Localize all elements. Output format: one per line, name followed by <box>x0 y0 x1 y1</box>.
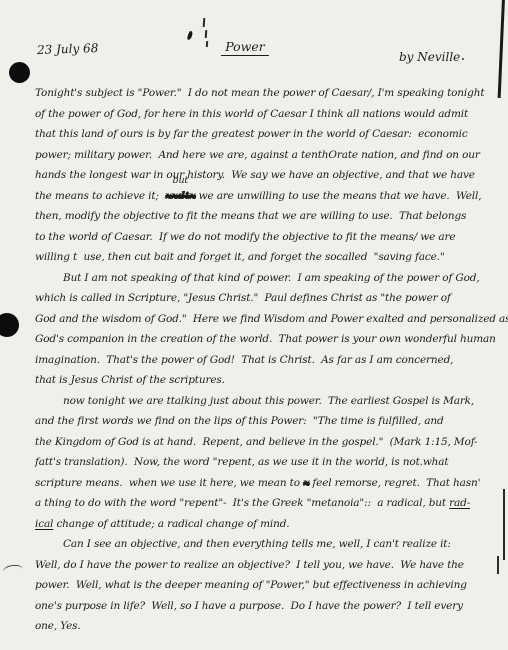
text-segment: the means to achieve it; <box>35 190 165 202</box>
text-segment: of the power of God, for here in this wo… <box>35 108 468 120</box>
text-segment: willing t use, then cut bait and forget … <box>35 251 445 263</box>
text-line: which is called in Scripture, "Jesus Chr… <box>35 288 505 309</box>
text-segment: But I am not speaking of that kind of po… <box>63 272 480 284</box>
text-segment: Well, do I have the power to realize an … <box>35 559 464 571</box>
text-segment: hands the longest war in our history. We… <box>35 169 475 181</box>
text-line: But I am not speaking of that kind of po… <box>35 268 505 289</box>
text-line: now tonight we are ttalking just about t… <box>35 391 505 412</box>
text-line: one's purpose in life? Well, so I have a… <box>35 596 505 617</box>
text-line: Can I see an objective, and then everyth… <box>35 534 505 555</box>
text-segment: one, Yes. <box>35 620 81 632</box>
text-line: ical change of attitude; a radical chang… <box>35 514 505 535</box>
text-segment: fatt's translation). Now, the word "repe… <box>35 456 448 468</box>
text-segment: change of attitude; a radical change of … <box>53 518 289 530</box>
text-line: hands the longest war in our history. We… <box>35 165 505 186</box>
text-line: imagination. That's the power of God! Th… <box>35 350 505 371</box>
text-line: scripture means. when we use it here, we… <box>35 473 505 494</box>
text-line: the Kingdom of God is at hand. Repent, a… <box>35 432 505 453</box>
paragraph: now tonight we are ttalking just about t… <box>35 391 505 535</box>
text-segment: we are unwilling to use the means that w… <box>195 190 481 202</box>
text-segment: that is Jesus Christ of the scriptures. <box>35 374 225 386</box>
text-line: God's companion in the creation of the w… <box>35 329 505 350</box>
text-segment: now tonight we are ttalking just about t… <box>63 395 474 407</box>
text-line: one, Yes. <box>35 616 505 637</box>
text-line: of the power of God, for here in this wo… <box>35 104 505 125</box>
text-segment: a thing to do with the word "repent"- It… <box>35 497 449 509</box>
text-segment: one's purpose in life? Well, so I have a… <box>35 600 463 612</box>
text-segment: imagination. That's the power of God! Th… <box>35 354 453 366</box>
text-line: the means to achieve it; butxxdtx we are… <box>35 186 505 207</box>
interline-insert: but <box>173 176 189 185</box>
text-line: fatt's translation). Now, the word "repe… <box>35 452 505 473</box>
text-segment: Tonight's subject is "Power." I do not m… <box>35 87 484 99</box>
text-segment: God's companion in the creation of the w… <box>35 333 496 345</box>
paragraph: Can I see an objective, and then everyth… <box>35 534 505 637</box>
text-segment-strike: xxdtx <box>165 190 195 202</box>
scanned-document-page: 23 July 68 Power by Neville Tonight's su… <box>0 0 508 650</box>
text-line: a thing to do with the word "repent"- It… <box>35 493 505 514</box>
document-byline: by Neville <box>399 50 460 64</box>
text-segment: to the world of Caesar. If we do not mod… <box>35 231 455 243</box>
text-line: that this land of ours is by far the gre… <box>35 124 505 145</box>
text-line: and the first words we find on the lips … <box>35 411 505 432</box>
text-segment: Can I see an objective, and then everyth… <box>63 538 451 550</box>
text-line: Tonight's subject is "Power." I do not m… <box>35 83 505 104</box>
paragraph: Tonight's subject is "Power." I do not m… <box>35 83 505 268</box>
paragraph: But I am not speaking of that kind of po… <box>35 268 505 391</box>
text-line: then, modify the objective to fit the me… <box>35 206 505 227</box>
text-line: God and the wisdom of God." Here we find… <box>35 309 505 330</box>
typed-correction: butxxdtx <box>165 186 195 207</box>
text-segment: God and the wisdom of God." Here we find… <box>35 313 508 325</box>
text-segment: power. Well, what is the deeper meaning … <box>35 579 467 591</box>
hole-punch-icon <box>0 313 19 337</box>
text-segment-underline: rad- <box>449 497 470 509</box>
text-line: willing t use, then cut bait and forget … <box>35 247 505 268</box>
stray-period-mark <box>462 58 464 60</box>
document-body: Tonight's subject is "Power." I do not m… <box>35 83 505 637</box>
page-title: Power <box>221 39 269 56</box>
text-line: power. Well, what is the deeper meaning … <box>35 575 505 596</box>
text-segment: power; military power. And here we are, … <box>35 149 480 161</box>
text-segment: then, modify the objective to fit the me… <box>35 210 466 222</box>
text-line: power; military power. And here we are, … <box>35 145 505 166</box>
text-segment: that this land of ours is by far the gre… <box>35 128 468 140</box>
text-segment: scripture means. when we use it here, we… <box>35 477 303 489</box>
text-segment: feel remorse, regret. That hasn' <box>309 477 480 489</box>
text-line: Well, do I have the power to realize an … <box>35 555 505 576</box>
text-segment-underline: ical <box>35 518 53 530</box>
text-segment: and the first words we find on the lips … <box>35 415 444 427</box>
text-line: to the world of Caesar. If we do not mod… <box>35 227 505 248</box>
ink-streak-mark <box>203 18 205 27</box>
text-line: that is Jesus Christ of the scriptures. <box>35 370 505 391</box>
text-segment: the Kingdom of God is at hand. Repent, a… <box>35 436 477 448</box>
hole-punch-icon <box>9 62 30 83</box>
text-segment: which is called in Scripture, "Jesus Chr… <box>35 292 451 304</box>
handwritten-margin-mark <box>2 564 23 578</box>
